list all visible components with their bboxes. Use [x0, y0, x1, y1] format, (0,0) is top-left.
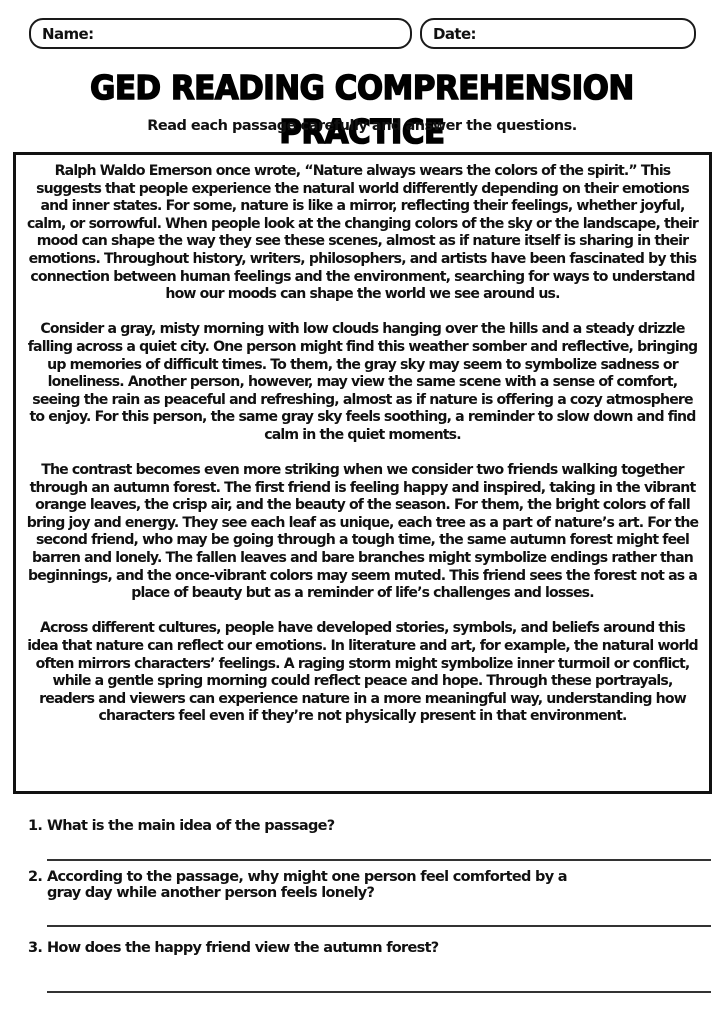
answer-line-2[interactable]: [47, 925, 711, 927]
date-field: Date:: [420, 18, 696, 49]
question-number: 1.: [28, 818, 47, 834]
passage-paragraph-2: Consider a gray, misty morning with low …: [26, 321, 699, 444]
question-number: 2.: [28, 869, 47, 901]
name-input[interactable]: [99, 19, 400, 48]
instructions-text: Read each passage carefully and answer t…: [0, 115, 724, 137]
name-field: Name:: [29, 18, 412, 49]
question-number: 3.: [28, 940, 47, 956]
question-text: What is the main idea of the passage?: [47, 818, 335, 834]
question-3: 3. How does the happy friend view the au…: [28, 940, 439, 956]
date-label: Date:: [433, 25, 476, 43]
name-label: Name:: [42, 25, 93, 43]
answer-line-1[interactable]: [47, 859, 711, 861]
passage-paragraph-3: The contrast becomes even more striking …: [26, 462, 699, 603]
question-1: 1. What is the main idea of the passage?: [28, 818, 335, 834]
date-input[interactable]: [482, 19, 684, 48]
question-text: According to the passage, why might one …: [47, 869, 567, 901]
passage-box: Ralph Waldo Emerson once wrote, “Nature …: [13, 152, 712, 794]
answer-line-3[interactable]: [47, 991, 711, 993]
question-2: 2. According to the passage, why might o…: [28, 869, 567, 901]
passage-paragraph-1: Ralph Waldo Emerson once wrote, “Nature …: [26, 163, 699, 304]
passage-paragraph-4: Across different cultures, people have d…: [26, 620, 699, 726]
worksheet-title: GED READING COMPREHENSION PRACTICE: [25, 66, 698, 154]
question-text: How does the happy friend view the autum…: [47, 940, 439, 956]
